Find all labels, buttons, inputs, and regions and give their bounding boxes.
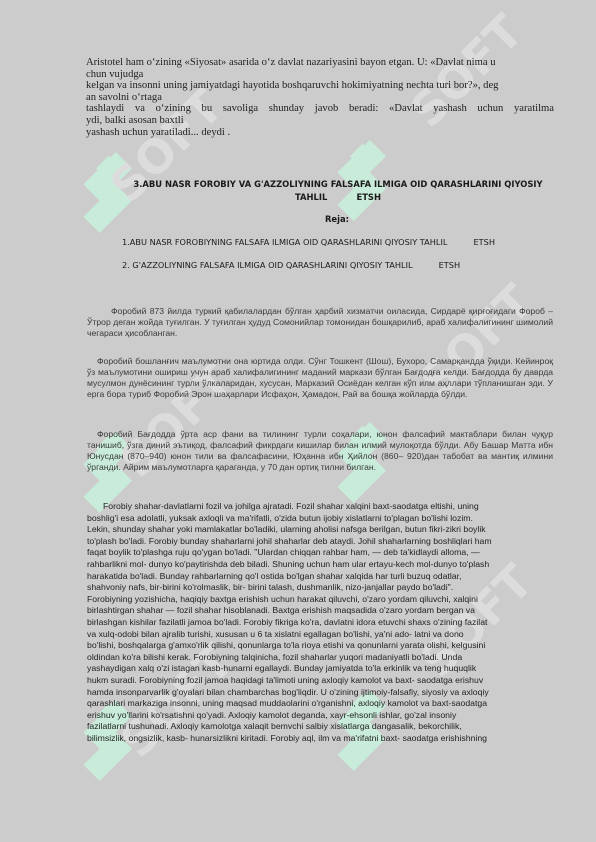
text-line: chun vujudga: [86, 69, 554, 81]
heading-line: 3.ABU NASR FOROBIY VA G'AZZOLIYNING FALS…: [128, 178, 548, 191]
text-line: shahvoniy nafs, bir-birini ko'rolmaslik,…: [87, 582, 557, 594]
text-line: Aristotel ham o‘zining «Siyosat» asarida…: [86, 57, 554, 69]
text-line: harakatida bo'ladi. Bunday rahbarlarning…: [87, 571, 557, 583]
text-line: tashlaydi va o‘zining bu savoliga shunda…: [86, 103, 554, 115]
text-line: bilimsizlik, ongsizlik, kasb- hunarsizli…: [87, 733, 557, 745]
text-line: Forobiy shahar-davlatlarni fozil va johi…: [87, 501, 557, 513]
text-line: to'plash bo'ladi. Forobiy bunday shaharl…: [87, 536, 557, 548]
cyrillic-paragraph: Форобий бошланғич маълумотни она юртида …: [87, 356, 553, 400]
text-line: fazilatlarni tushunadi. Axloqiy kamolotg…: [87, 721, 557, 733]
heading-line: TAHLIL ETSH: [128, 191, 548, 204]
text-line: hukm suradi. Forobiyning fozil jamoa haq…: [87, 675, 557, 687]
text-line: oldindan ko'ra bilishi kerak. Forobiynin…: [87, 652, 557, 664]
text-line: yashash uchun yaratiladi... deydi .: [86, 127, 554, 139]
plan-title: Reja:: [0, 214, 596, 224]
text-line: ydi, balki asosan baxtli: [86, 115, 554, 127]
plan-item: 1.ABU NASR FOROBIYNING FALSAFA ILMIGA OI…: [122, 237, 495, 247]
cyrillic-paragraph: Форобий Бағдодда ўрта аср фани ва тилини…: [87, 429, 553, 473]
text-line: Forobiyning yozishicha, haqiqiy baxtga e…: [87, 594, 557, 606]
text-line: erishuv yo'llarini ko'rsatishni qo'yadi.…: [87, 710, 557, 722]
text-line: bo'lishi, boshqalarga g'amxo'rlik qilish…: [87, 640, 557, 652]
text-line: birlashtirgan shahar — fozil shahar hiso…: [87, 605, 557, 617]
text-line: faqat boylik to'plashga ruju qo'ygan bo'…: [87, 547, 557, 559]
text-line: qarashlari markaziga insonni, uning maqs…: [87, 698, 557, 710]
section-heading: 3.ABU NASR FOROBIY VA G'AZZOLIYNING FALS…: [128, 178, 548, 204]
latin-paragraph: Forobiy shahar-davlatlarni fozil va johi…: [87, 501, 557, 744]
document-content: Aristotel ham o‘zining «Siyosat» asarida…: [0, 0, 596, 842]
text-line: hamda insonparvarlik g'oyalari bilan cha…: [87, 687, 557, 699]
plan-item: 2. G'AZZOLIYNING FALSAFA ILMIGA OID QARA…: [122, 260, 460, 270]
cyrillic-paragraph: Форобий 873 йилда туркий қабилалардан бў…: [87, 306, 553, 339]
text-line: rahbarlikni mol- dunyo ko'paytirishda de…: [87, 559, 557, 571]
intro-paragraph: Aristotel ham o‘zining «Siyosat» asarida…: [86, 57, 554, 138]
text-line: birlashgan kishilar fazilatli jamoa bo'l…: [87, 617, 557, 629]
text-line: Lekin, shunday shahar yoki mamlakatlar b…: [87, 524, 557, 536]
document-page: SOFT SOFT SOFT SOFT SOFT SOFT Aristotel …: [0, 0, 596, 842]
text-line: boshlig'i esa adolatli, yuksak axloqli v…: [87, 513, 557, 525]
text-line: kelgan va insonni uning jamiyatdagi hayo…: [86, 80, 554, 92]
text-line: yashaydigan xalq o'zi istagan kasb-hunar…: [87, 663, 557, 675]
text-line: an savolni o‘rtaga: [86, 92, 554, 104]
text-line: va xulq-odobi bilan ajralib turishi, xus…: [87, 629, 557, 641]
